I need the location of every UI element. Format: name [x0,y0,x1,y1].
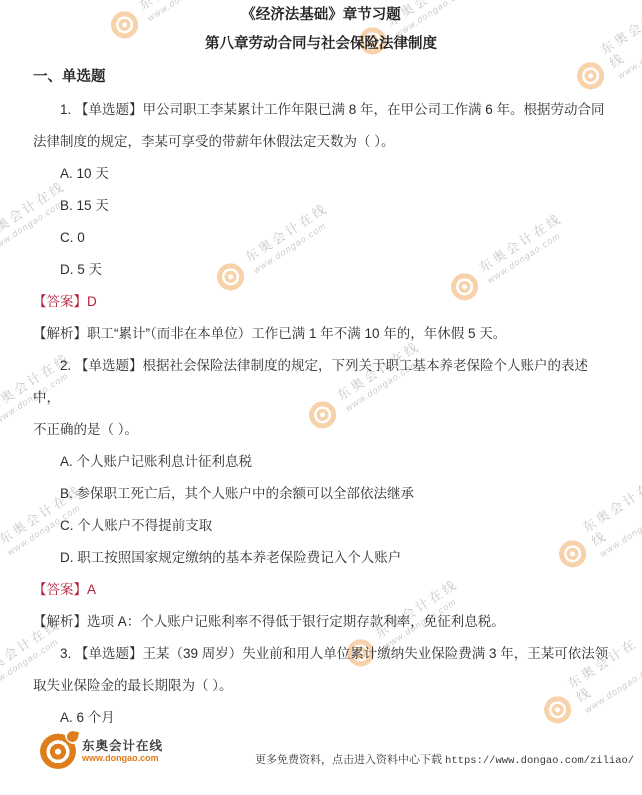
page-footer: 东奥会计在线 www.dongao.com 更多免费资料，点击进入资料中心下载 … [0,727,642,787]
option-d: D. 5 天 [33,254,609,286]
answer-label: 【答案】 [33,294,87,309]
answer-label: 【答案】 [33,582,87,597]
answer-line: 【答案】D [33,286,609,318]
question-1: 1. 【单选题】甲公司职工李某累计工作年限已满 8 年，在甲公司工作满 6 年。… [33,94,609,350]
option-a: A. 10 天 [33,158,609,190]
dongao-logo-icon [40,733,76,769]
chapter-title: 第八章劳动合同与社会保险法律制度 [33,28,609,60]
option-c: C. 0 [33,222,609,254]
answer-line: 【答案】A [33,574,609,606]
answer-value: A [87,582,96,597]
analysis-line: 【解析】选项 A：个人账户记账利率不得低于银行定期存款利率，免征利息税。 [33,606,609,638]
option-b: B. 15 天 [33,190,609,222]
analysis-line: 【解析】职工“累计”（而非在本单位）工作已满 1 年不满 10 年的，年休假 5… [33,318,609,350]
brand-name: 东奥会计在线 [82,739,163,753]
option-d: D. 职工按照国家规定缴纳的基本养老保险费记入个人账户 [33,542,609,574]
answer-value: D [87,294,97,309]
footer-note-text: 更多免费资料，点击进入资料中心下载 [255,754,445,766]
doc-title: 《经济法基础》章节习题 [33,2,609,28]
question-3: 3. 【单选题】王某（39 周岁）失业前和用人单位累计缴纳失业保险费满 3 年，… [33,638,609,734]
question-stem: 1. 【单选题】甲公司职工李某累计工作年限已满 8 年，在甲公司工作满 6 年。… [33,94,609,158]
question-2: 2. 【单选题】根据社会保险法律制度的规定，下列关于职工基本养老保险个人账户的表… [33,350,609,638]
footer-link: https://www.dongao.com/ziliao/ [445,755,634,767]
question-stem: 2. 【单选题】根据社会保险法律制度的规定，下列关于职工基本养老保险个人账户的表… [33,350,609,446]
option-c: C. 个人账户不得提前支取 [33,510,609,542]
document-page: 《经济法基础》章节习题 第八章劳动合同与社会保险法律制度 一、单选题 1. 【单… [0,0,642,734]
option-b: B. 参保职工死亡后，其个人账户中的余额可以全部依法继承 [33,478,609,510]
footer-note: 更多免费资料，点击进入资料中心下载 https://www.dongao.com… [255,751,634,767]
question-stem: 3. 【单选题】王某（39 周岁）失业前和用人单位累计缴纳失业保险费满 3 年，… [33,638,609,702]
brand-url: www.dongao.com [82,753,163,763]
option-a: A. 个人账户记账利息计征利息税 [33,446,609,478]
brand-logo: 东奥会计在线 www.dongao.com [40,733,163,769]
section-heading: 一、单选题 [33,60,609,94]
